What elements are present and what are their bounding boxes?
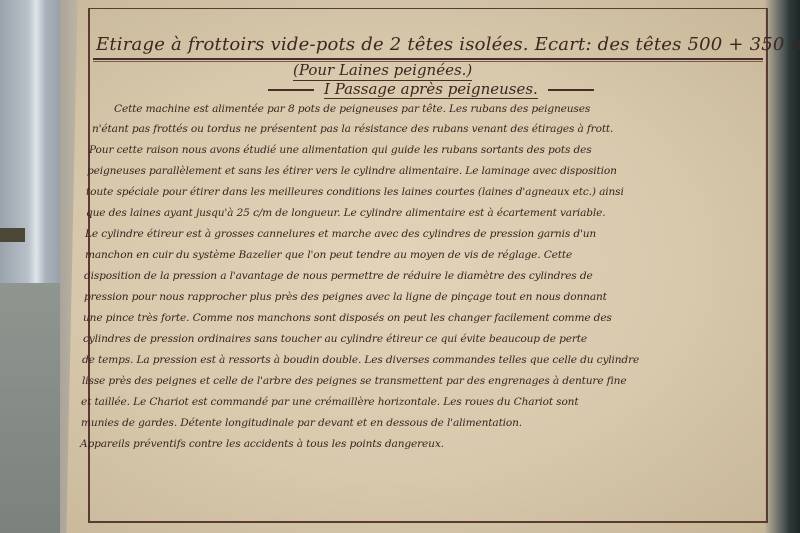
body-line: Pour cette raison nous avons étudié une … bbox=[89, 144, 592, 156]
document-title: Etirage à frottoirs vide-pots de 2 têtes… bbox=[96, 34, 768, 55]
body-line: Appareils préventifs contre les accident… bbox=[80, 438, 444, 450]
heading-dash-left bbox=[268, 89, 314, 91]
body-line: et taillée. Le Chariot est commandé par … bbox=[81, 396, 578, 408]
body-line: de temps. La pression est à ressorts à b… bbox=[82, 354, 639, 366]
body-line: manchon en cuir du système Bazelier que … bbox=[85, 249, 572, 261]
body-line: cylindres de pression ordinaires sans to… bbox=[83, 333, 587, 345]
body-line: Cette machine est alimentée par 8 pots d… bbox=[114, 103, 590, 115]
document-subtitle: (Pour Laines peignées.) bbox=[293, 61, 472, 81]
body-line: toute spéciale pour étirer dans les meil… bbox=[86, 186, 624, 198]
body-line: Le cylindre étireur est à grosses cannel… bbox=[85, 228, 596, 240]
body-line: peigneuses parallèlement et sans les éti… bbox=[87, 165, 617, 177]
body-line: lisse près des peignes et celle de l'arb… bbox=[82, 375, 626, 387]
section-heading: I Passage après peigneuses. bbox=[268, 80, 594, 98]
body-line: disposition de la pression a l'avantage … bbox=[84, 270, 593, 282]
title-underline bbox=[93, 58, 763, 60]
book-cover-edge bbox=[765, 0, 800, 533]
body-line: n'étant pas frottés ou tordus ne présent… bbox=[92, 123, 613, 135]
heading-dash-right bbox=[548, 89, 594, 91]
section-heading-text: I Passage après peigneuses. bbox=[324, 80, 538, 99]
binder-clip bbox=[0, 228, 25, 242]
body-line: pression pour nous rapprocher plus près … bbox=[84, 291, 607, 303]
body-line: munies de gardes. Détente longitudinale … bbox=[81, 417, 522, 429]
body-line: que des laines ayant jusqu'à 25 c/m de l… bbox=[86, 207, 605, 219]
body-line: une pince très forte. Comme nos manchons… bbox=[83, 312, 612, 324]
